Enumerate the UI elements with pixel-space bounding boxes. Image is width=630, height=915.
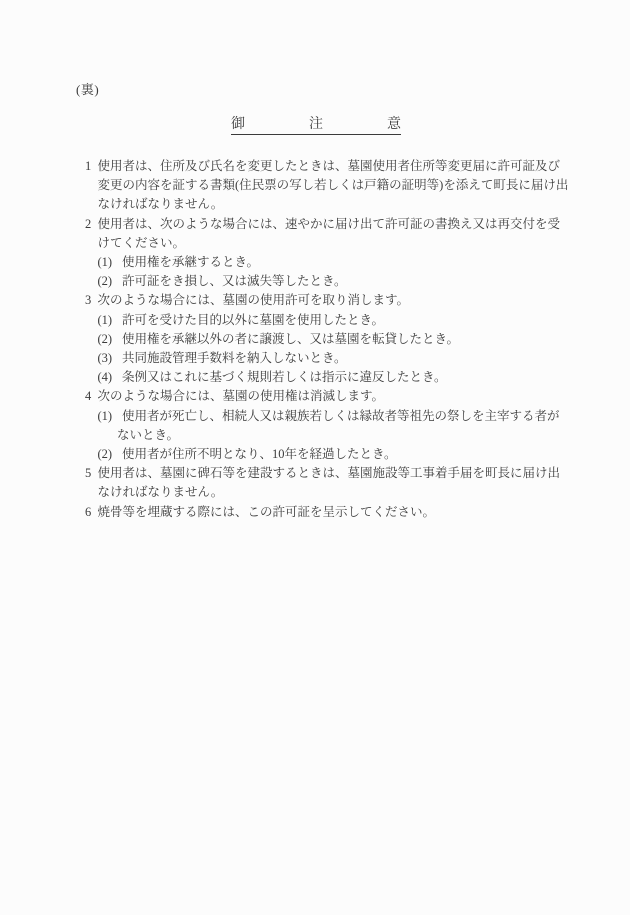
subitem-text: 許可証をき損し、又は滅失等したとき。 xyxy=(122,272,347,291)
notice-line: (2)使用者が住所不明となり、10年を経過したとき。 xyxy=(85,445,565,464)
notice-title-char: 御 xyxy=(231,118,245,132)
notice-line: (1)使用権を承継するとき。 xyxy=(85,253,565,272)
notice-line: 変更の内容を証する書類(住民票の写し若しくは戸籍の証明等)を添えて町長に届け出 xyxy=(85,176,565,195)
notice-line: なければなりません。 xyxy=(85,483,565,502)
item-number: 6 xyxy=(85,503,98,522)
subitem-text: 使用者が住所不明となり、10年を経過したとき。 xyxy=(122,445,397,464)
notice-line: (1)使用者が死亡し、相続人又は親族若しくは縁故者等祖先の祭しを主宰する者が xyxy=(85,407,565,426)
subitem-text: 条例又はこれに基づく規則若しくは指示に違反したとき。 xyxy=(122,368,447,387)
document-page: (裏) 御 注 意 1使用者は、住所及び氏名を変更したときは、墓園使用者住所等変… xyxy=(0,0,630,915)
subitem-marker: (2) xyxy=(98,445,123,464)
notice-line: 6焼骨等を埋蔵する際には、この許可証を呈示してください。 xyxy=(85,503,565,522)
subitem-marker: (3) xyxy=(98,349,123,368)
notice-line: けてください。 xyxy=(85,234,565,253)
notice-list: 1使用者は、住所及び氏名を変更したときは、墓園使用者住所等変更届に許可証及び変更… xyxy=(85,157,565,522)
item-text: 使用者は、墓園に碑石等を建設するときは、墓園施設等工事着手届を町長に届け出 xyxy=(98,464,561,483)
notice-line: (1)許可を受けた目的以外に墓園を使用したとき。 xyxy=(85,311,565,330)
subitem-marker: (1) xyxy=(98,311,123,330)
notice-line: なければなりません。 xyxy=(85,195,565,214)
subitem-text: 使用権を承継以外の者に譲渡し、又は墓園を転貸したとき。 xyxy=(122,330,459,349)
item-text: 焼骨等を埋蔵する際には、この許可証を呈示してください。 xyxy=(98,503,436,522)
subitem-text: ないとき。 xyxy=(117,426,179,445)
subitem-text: 使用権を承継するとき。 xyxy=(122,253,259,272)
notice-title-char: 意 xyxy=(387,118,401,132)
item-text: 使用者は、住所及び氏名を変更したときは、墓園使用者住所等変更届に許可証及び xyxy=(98,157,561,176)
notice-line: 3次のような場合には、墓園の使用許可を取り消します。 xyxy=(85,291,565,310)
item-text: 使用者は、次のような場合には、速やかに届け出て許可証の書換え又は再交付を受 xyxy=(98,215,561,234)
subitem-marker: (1) xyxy=(98,407,123,426)
notice-line: 1使用者は、住所及び氏名を変更したときは、墓園使用者住所等変更届に許可証及び xyxy=(85,157,565,176)
subitem-text: 許可を受けた目的以外に墓園を使用したとき。 xyxy=(122,311,384,330)
item-text: 次のような場合には、墓園の使用権は消滅します。 xyxy=(98,387,385,406)
subitem-marker: (1) xyxy=(98,253,123,272)
subitem-marker: (2) xyxy=(98,272,123,291)
page-side-label: (裏) xyxy=(76,83,99,96)
item-number: 1 xyxy=(85,157,98,176)
notice-title: 御 注 意 xyxy=(231,118,401,135)
subitem-marker: (4) xyxy=(98,368,123,387)
subitem-text: 使用者が死亡し、相続人又は親族若しくは縁故者等祖先の祭しを主宰する者が xyxy=(122,407,560,426)
item-number: 5 xyxy=(85,464,98,483)
item-text: けてください。 xyxy=(98,234,186,253)
notice-line: 5使用者は、墓園に碑石等を建設するときは、墓園施設等工事着手届を町長に届け出 xyxy=(85,464,565,483)
notice-line: 4次のような場合には、墓園の使用権は消滅します。 xyxy=(85,387,565,406)
notice-line: 2使用者は、次のような場合には、速やかに届け出て許可証の書換え又は再交付を受 xyxy=(85,215,565,234)
notice-line: (3)共同施設管理手数料を納入しないとき。 xyxy=(85,349,565,368)
notice-line: (2)使用権を承継以外の者に譲渡し、又は墓園を転貸したとき。 xyxy=(85,330,565,349)
subitem-text: 共同施設管理手数料を納入しないとき。 xyxy=(122,349,347,368)
notice-line: (2)許可証をき損し、又は滅失等したとき。 xyxy=(85,272,565,291)
item-number: 3 xyxy=(85,291,98,310)
item-text: なければなりません。 xyxy=(98,483,224,502)
item-number: 2 xyxy=(85,215,98,234)
item-text: 次のような場合には、墓園の使用許可を取り消します。 xyxy=(98,291,410,310)
item-text: 変更の内容を証する書類(住民票の写し若しくは戸籍の証明等)を添えて町長に届け出 xyxy=(98,176,569,195)
notice-title-char: 注 xyxy=(309,118,323,132)
item-text: なければなりません。 xyxy=(98,195,224,214)
notice-line: (4)条例又はこれに基づく規則若しくは指示に違反したとき。 xyxy=(85,368,565,387)
item-number: 4 xyxy=(85,387,98,406)
notice-line: ないとき。 xyxy=(85,426,565,445)
subitem-marker: (2) xyxy=(98,330,123,349)
